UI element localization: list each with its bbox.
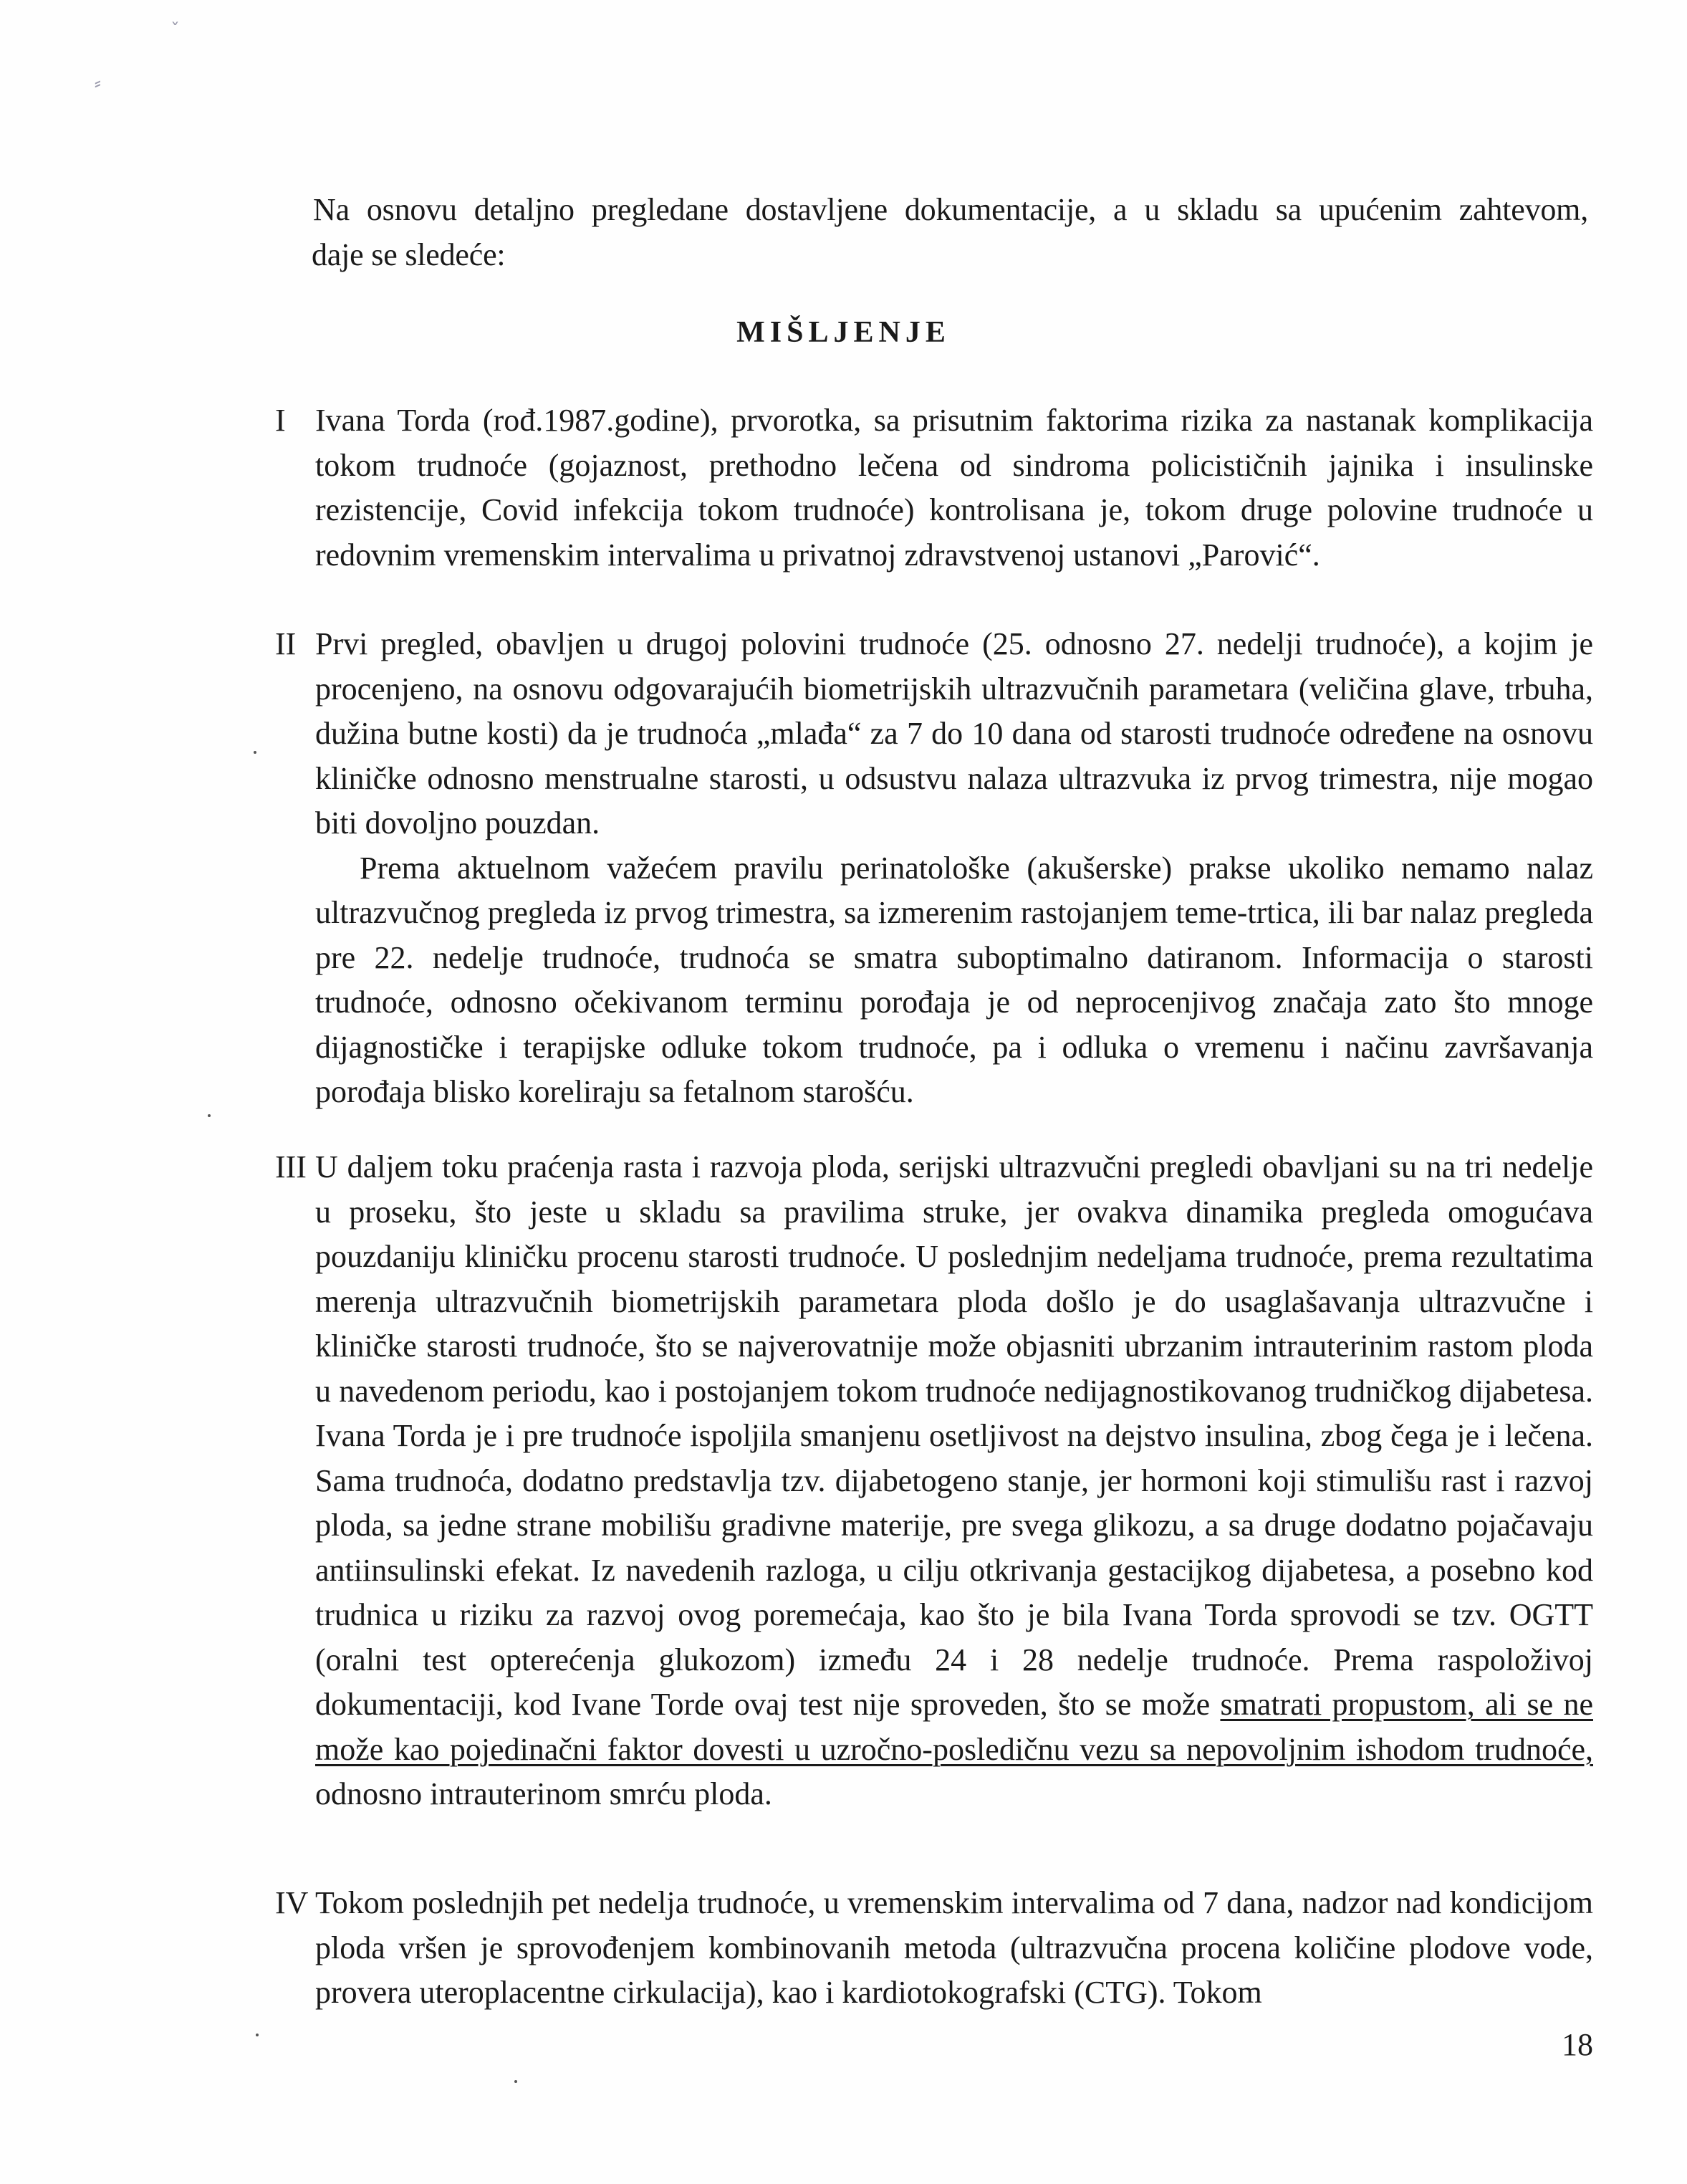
paragraph-text: U daljem toku praćenja rasta i razvoja p… xyxy=(315,1149,1593,1722)
intro-paragraph: Na osnovu detaljno pregledane dostavljen… xyxy=(313,188,1588,277)
section-numeral: IV xyxy=(275,1881,315,1926)
section-ii: II Prvi pregled, obavljen u drugoj polov… xyxy=(275,622,1593,1115)
scan-speck xyxy=(256,2034,259,2036)
section-paragraph: Prvi pregled, obavljen u drugoj polovini… xyxy=(315,622,1593,846)
section-paragraph: Prema aktuelnom važećem pravilu perinato… xyxy=(315,846,1593,1115)
section-iv: IV Tokom poslednjih pet nedelja trudnoće… xyxy=(275,1881,1593,2016)
section-paragraph: Ivana Torda (rođ.1987.godine), prvorotka… xyxy=(315,398,1593,578)
scanned-document-page: ˇ ⸗ Na osnovu detaljno pregledane dostav… xyxy=(0,0,1687,2184)
section-paragraph: Tokom poslednjih pet nedelja trudnoće, u… xyxy=(315,1881,1593,2016)
scan-speck xyxy=(208,1114,211,1117)
paragraph-text: odnosno intrauterinom smrću ploda. xyxy=(315,1776,772,1811)
section-iii: III U daljem toku praćenja rasta i razvo… xyxy=(275,1145,1593,1817)
intro-line-2: daje se sledeće: xyxy=(312,233,1588,278)
section-numeral: I xyxy=(275,398,315,444)
scan-artifact-mark: ˇ xyxy=(170,20,180,42)
section-numeral: III xyxy=(275,1145,315,1190)
document-title: MIŠLJENJE xyxy=(0,315,1687,350)
intro-line-1: Na osnovu detaljno pregledane dostavljen… xyxy=(313,188,1588,233)
section-numeral: II xyxy=(275,622,315,667)
page-number: 18 xyxy=(1562,2026,1593,2063)
section-paragraph: U daljem toku praćenja rasta i razvoja p… xyxy=(315,1145,1593,1817)
scan-artifact-mark: ⸗ xyxy=(95,72,101,94)
section-i: I Ivana Torda (rođ.1987.godine), prvorot… xyxy=(275,398,1593,578)
scan-speck xyxy=(254,751,256,754)
scan-speck xyxy=(514,2080,517,2083)
